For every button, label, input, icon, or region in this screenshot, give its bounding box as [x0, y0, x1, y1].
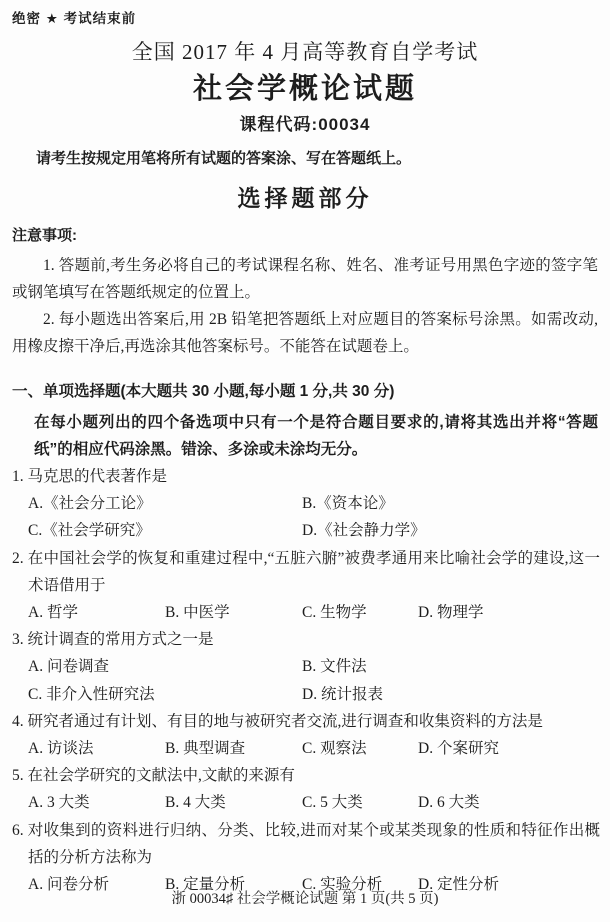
option-a: A. 3 大类	[28, 789, 165, 816]
note-item-1: 1. 答题前,考生务必将自己的考试课程名称、姓名、准考证号用黑色字迹的签字笔或钢…	[12, 252, 598, 306]
option-a: A. 问卷调查	[28, 653, 302, 680]
option-b: B. 4 大类	[165, 789, 302, 816]
option-d: D. 6 大类	[418, 789, 600, 816]
option-b: B. 文件法	[302, 653, 600, 680]
question-stem: 5. 在社会学研究的文献法中,文献的来源有	[12, 762, 600, 789]
question-4: 4. 研究者通过有计划、有目的地与被研究者交流,进行调查和收集资料的方法是 A.…	[12, 708, 600, 762]
option-a: A. 哲学	[28, 599, 165, 626]
question-stem: 3. 统计调查的常用方式之一是	[12, 626, 600, 653]
section-title-multiple-choice: 选择题部分	[0, 183, 610, 213]
security-classification-label: 绝密 ★ 考试结束前	[12, 10, 610, 28]
question-stem: 6. 对收集到的资料进行归纳、分类、比较,进而对某个或某类现象的性质和特征作出概…	[12, 817, 600, 871]
option-d: D. 统计报表	[302, 681, 600, 708]
part-one-heading: 一、单项选择题(本大题共 30 小题,每小题 1 分,共 30 分)	[12, 382, 600, 402]
option-c: C.《社会学研究》	[28, 517, 302, 544]
notes-heading: 注意事项:	[12, 226, 610, 246]
option-d: D. 物理学	[418, 599, 600, 626]
question-2: 2. 在中国社会学的恢复和重建过程中,“五脏六腑”被费孝通用来比喻社会学的建设,…	[12, 545, 600, 627]
pen-usage-notice: 请考生按规定用笔将所有试题的答案涂、写在答题纸上。	[36, 150, 598, 168]
option-b: B. 典型调查	[165, 735, 302, 762]
exam-paper-page: 绝密 ★ 考试结束前 全国 2017 年 4 月高等教育自学考试 社会学概论试题…	[0, 0, 610, 922]
option-a: A. 访谈法	[28, 735, 165, 762]
option-c: C. 生物学	[302, 599, 418, 626]
option-c: C. 5 大类	[302, 789, 418, 816]
option-d: D.《社会静力学》	[302, 517, 600, 544]
option-d: D. 个案研究	[418, 735, 600, 762]
question-options: A. 3 大类 B. 4 大类 C. 5 大类 D. 6 大类	[28, 789, 600, 816]
question-stem: 4. 研究者通过有计划、有目的地与被研究者交流,进行调查和收集资料的方法是	[12, 708, 600, 735]
question-options: A.《社会分工论》 B.《资本论》 C.《社会学研究》 D.《社会静力学》	[28, 490, 600, 544]
part-one-instruction: 在每小题列出的四个备选项中只有一个是符合题目要求的,请将其选出并将“答题纸”的相…	[34, 409, 598, 463]
question-options: A. 哲学 B. 中医学 C. 生物学 D. 物理学	[28, 599, 600, 626]
option-b: B.《资本论》	[302, 490, 600, 517]
question-options: A. 问卷调查 B. 文件法 C. 非介入性研究法 D. 统计报表	[28, 653, 600, 707]
question-list: 1. 马克思的代表著作是 A.《社会分工论》 B.《资本论》 C.《社会学研究》…	[12, 463, 600, 898]
question-5: 5. 在社会学研究的文献法中,文献的来源有 A. 3 大类 B. 4 大类 C.…	[12, 762, 600, 816]
option-b: B. 中医学	[165, 599, 302, 626]
option-a: A.《社会分工论》	[28, 490, 302, 517]
course-code: 课程代码:00034	[0, 114, 610, 136]
paper-title: 社会学概论试题	[0, 72, 610, 106]
question-6: 6. 对收集到的资料进行归纳、分类、比较,进而对某个或某类现象的性质和特征作出概…	[12, 817, 600, 899]
question-stem: 1. 马克思的代表著作是	[12, 463, 600, 490]
exam-session-title: 全国 2017 年 4 月高等教育自学考试	[0, 40, 610, 64]
note-item-2: 2. 每小题选出答案后,用 2B 铅笔把答题纸上对应题目的答案标号涂黑。如需改动…	[12, 306, 598, 360]
question-1: 1. 马克思的代表著作是 A.《社会分工论》 B.《资本论》 C.《社会学研究》…	[12, 463, 600, 545]
question-stem: 2. 在中国社会学的恢复和重建过程中,“五脏六腑”被费孝通用来比喻社会学的建设,…	[12, 545, 600, 599]
option-c: C. 观察法	[302, 735, 418, 762]
option-c: C. 非介入性研究法	[28, 681, 302, 708]
question-options: A. 访谈法 B. 典型调查 C. 观察法 D. 个案研究	[28, 735, 600, 762]
page-footer: 浙 00034♯ 社会学概论试题 第 1 页(共 5 页)	[0, 890, 610, 908]
question-3: 3. 统计调查的常用方式之一是 A. 问卷调查 B. 文件法 C. 非介入性研究…	[12, 626, 600, 708]
